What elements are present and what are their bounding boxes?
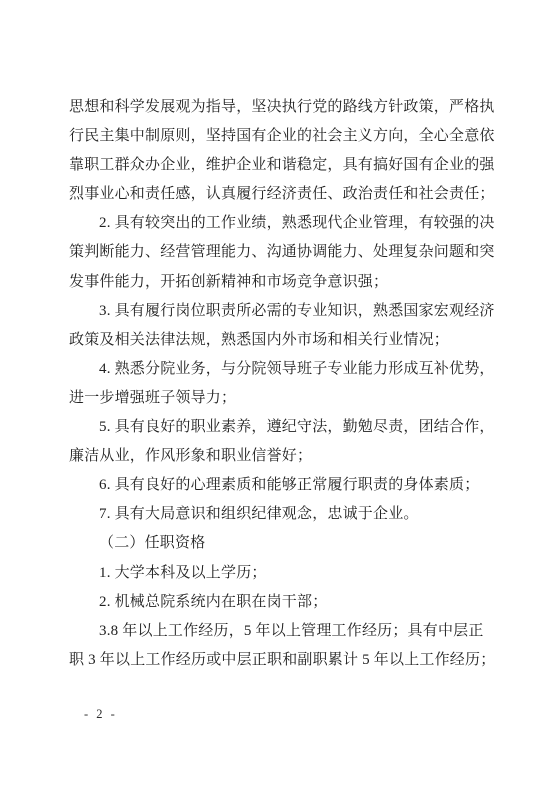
- text-line: 职 3 年以上工作经历或中层正职和副职累计 5 年以上工作经历；: [69, 646, 493, 675]
- document-body: 思想和科学发展观为指导，坚决执行党的路线方针政策，严格执 行民主集中制原则，坚持…: [69, 93, 493, 675]
- section-heading: （二）任职资格: [69, 529, 493, 558]
- text-line: 烈事业心和责任感，认真履行经济责任、政治责任和社会责任；: [69, 180, 493, 209]
- numbered-item-line: 3. 具有履行岗位职责所必需的专业知识，熟悉国家宏观经济: [69, 297, 493, 326]
- numbered-item-line: 2. 具有较突出的工作业绩，熟悉现代企业管理，有较强的决: [69, 209, 493, 238]
- numbered-item-line: 2. 机械总院系统内在职在岗干部；: [69, 588, 493, 617]
- text-line: 靠职工群众办企业，维护企业和谐稳定，具有搞好国有企业的强: [69, 151, 493, 180]
- text-line: 行民主集中制原则，坚持国有企业的社会主义方向，全心全意依: [69, 122, 493, 151]
- text-line: 廉洁从业，作风形象和职业信誉好；: [69, 442, 493, 471]
- text-line: 策判断能力、经营管理能力、沟通协调能力、处理复杂问题和突: [69, 238, 493, 267]
- numbered-item-line: 3.8 年以上工作经历，5 年以上管理工作经历；具有中层正: [69, 617, 493, 646]
- document-page: 思想和科学发展观为指导，坚决执行党的路线方针政策，严格执 行民主集中制原则，坚持…: [0, 0, 557, 785]
- text-line: 政策及相关法律法规，熟悉国内外市场和相关行业情况；: [69, 326, 493, 355]
- numbered-item-line: 4. 熟悉分院业务，与分院领导班子专业能力形成互补优势，: [69, 355, 493, 384]
- text-line: 发事件能力，开拓创新精神和市场竞争意识强；: [69, 268, 493, 297]
- text-line: 思想和科学发展观为指导，坚决执行党的路线方针政策，严格执: [69, 93, 493, 122]
- text-line: 进一步增强班子领导力；: [69, 384, 493, 413]
- numbered-item-line: 6. 具有良好的心理素质和能够正常履行职责的身体素质；: [69, 471, 493, 500]
- page-number: - 2 -: [84, 706, 117, 722]
- numbered-item-line: 1. 大学本科及以上学历；: [69, 559, 493, 588]
- numbered-item-line: 7. 具有大局意识和组织纪律观念，忠诚于企业。: [69, 500, 493, 529]
- numbered-item-line: 5. 具有良好的职业素养，遵纪守法，勤勉尽责，团结合作，: [69, 413, 493, 442]
